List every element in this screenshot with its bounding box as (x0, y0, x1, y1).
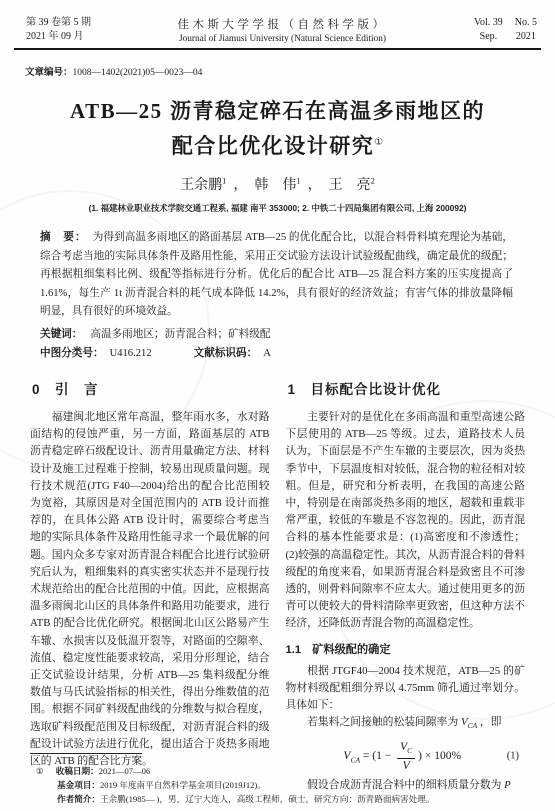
clc-value: U416.212 (110, 348, 152, 359)
journal-name-cn: 佳木斯大学学报（自然科学版） (178, 16, 388, 32)
article-id-value: 1008—1402(2021)05—0023—04 (73, 68, 203, 78)
keywords-text: 高温多雨地区；沥青混合料；矿料级配 (90, 329, 270, 340)
month-en: Sep. (474, 30, 503, 44)
year-en: 2021 (515, 30, 537, 44)
equation-1: VCA = (1 − VCV) × 100% (1) (286, 741, 520, 772)
fraction-denominator: V (397, 759, 415, 772)
article-id-line: 文章编号：1008—1402(2021)05—0023—04 (25, 64, 555, 78)
clc-line: 中图分类号：U416.212文献标识码：A (40, 345, 513, 360)
abstract-text: 为得到高温多雨地区的路面基层 ATB—25 的优化配合比，以混合料骨料填充理论为… (40, 232, 513, 317)
abstract-block: 摘 要：为得到高温多雨地区的路面基层 ATB—25 的优化配合比，以混合料骨料填… (40, 228, 513, 322)
intro-paragraph: 福建闽北地区常年高温，整年雨水多，水对路面结构的侵蚀严重，另一方面，路面基层的 … (30, 409, 270, 770)
keywords-line: 关键词：高温多雨地区；沥青混合料；矿料级配 (40, 326, 513, 341)
vca-definition-line: 若集料之间接触的松装间隙率为 VCA ，即 (286, 714, 526, 734)
journal-name-block: 佳木斯大学学报（自然科学版） Journal of Jiamusi Univer… (178, 16, 388, 44)
variable-p: P (504, 779, 511, 791)
header-volume-issue-en: Vol. 39 No. 5 Sep. 2021 (474, 16, 537, 44)
author-separator: ， (233, 178, 247, 193)
p-definition-line: 假设合成沥青混合料中的细料质量分数为 P (286, 777, 526, 794)
journal-header: 第 39 卷第 5 期 2021 年 09 月 佳木斯大学学报（自然科学版） J… (0, 16, 555, 44)
doc-code-value: A (263, 348, 271, 359)
header-volume-issue-cn: 第 39 卷第 5 期 2021 年 09 月 (26, 16, 91, 44)
footnote-bio-line: 作者简介：王余鹏(1985— )，男，辽宁大连人，高级工程师，硕士，研究方向：沥… (36, 792, 526, 806)
journal-name-en: Journal of Jiamusi University (Natural S… (178, 34, 388, 44)
paper-page: 第 39 卷第 5 期 2021 年 09 月 佳木斯大学学报（自然科学版） J… (0, 0, 555, 811)
title-line1-rest: 沥青稳定碎石在高温多雨地区的 (163, 100, 485, 123)
date-cn: 2021 年 09 月 (26, 30, 91, 44)
volume-issue-cn: 第 39 卷第 5 期 (26, 16, 91, 30)
author-separator: ， (308, 178, 322, 193)
authors-line: 王余鹏1，韩 伟1，王 亮2 (0, 174, 555, 194)
paper-title: ATB—25 沥青稳定碎石在高温多雨地区的 配合比优化设计研究① (0, 96, 555, 162)
section1-paragraph: 主要针对的是优化在多雨高温和重型高速公路下层使用的 ATB—25 等级。过去，道… (286, 409, 526, 633)
header-rule (14, 48, 541, 50)
column-left: 0 引 言 福建闽北地区常年高温，整年雨水多，水对路面结构的侵蚀严重，另一方面，… (30, 378, 270, 794)
section1-heading: 1 目标配合比设计优化 (288, 380, 526, 399)
bio-label: 作者简介： (57, 794, 100, 804)
bio-text: 王余鹏(1985— )，男，辽宁大连人，高级工程师，硕士，研究方向：沥青路面病害… (100, 794, 434, 804)
title-line1: ATB—25 沥青稳定碎石在高温多雨地区的 (0, 96, 555, 127)
author: 王 亮2 (329, 178, 375, 193)
title-footnote-mark: ① (374, 137, 383, 148)
issue-en: No. 5 (515, 16, 537, 30)
abstract-label: 摘 要： (40, 231, 87, 243)
affiliation-line: (1. 福建林业职业技术学院交通工程系, 福建 南平 353000; 2. 中铁… (0, 202, 555, 214)
fraction: VCV (397, 741, 415, 772)
column-right: 1 目标配合比设计优化 主要针对的是优化在多雨高温和重型高速公路下层使用的 AT… (286, 378, 526, 794)
variable-vca: V (461, 716, 468, 728)
section11-paragraph: 根据 JTGF40—2004 技术规范，ATB—25 的矿物材料级配粗细分界以 … (286, 663, 526, 715)
author: 王余鹏1 (180, 178, 226, 193)
two-column-body: 0 引 言 福建闽北地区常年高温，整年雨水多，水对路面结构的侵蚀严重，另一方面，… (30, 378, 525, 794)
keywords-label: 关键词： (40, 328, 82, 340)
clc-label: 中图分类号： (40, 347, 104, 359)
equation-number: (1) (507, 751, 519, 762)
doc-code-label: 文献标识码： (194, 347, 258, 359)
title-line2: 配合比优化设计研究① (0, 127, 555, 162)
author: 韩 伟1 (254, 178, 300, 193)
section11-heading: 1.1 矿料级配的确定 (286, 641, 526, 657)
fraction-numerator: VC (397, 741, 415, 759)
article-id-label: 文章编号： (25, 67, 73, 78)
volume-en: Vol. 39 (474, 16, 503, 30)
intro-heading: 0 引 言 (32, 380, 270, 399)
title-latin: ATB—25 (70, 99, 163, 123)
